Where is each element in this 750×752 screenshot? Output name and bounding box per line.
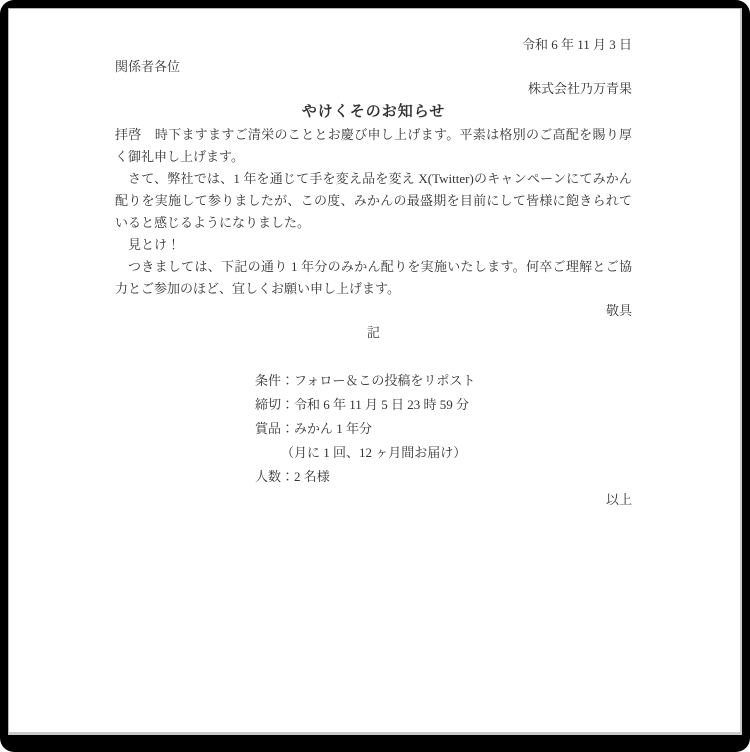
body-paragraph-announcement: つきましては、下記の通り 1 年分のみかん配りを実施いたします。何卒ご理解とご協…	[115, 256, 632, 300]
document-date: 令和 6 年 11 月 3 日	[115, 34, 632, 56]
detail-winner-count: 人数：2 名様	[255, 465, 632, 489]
closing-word: 敬具	[115, 300, 632, 322]
detail-condition: 条件：フォロー＆この投稿をリポスト	[255, 369, 632, 393]
exclamation-line: 見とけ！	[115, 234, 632, 256]
recipient-line: 関係者各位	[115, 56, 632, 78]
sender-company: 株式会社乃万青果	[115, 78, 632, 100]
detail-deadline: 締切：令和 6 年 11 月 5 日 23 時 59 分	[255, 393, 632, 417]
body-paragraph-campaign: さて、弊社では、1 年を通じて手を変え品を変え X(Twitter)のキャンペー…	[115, 168, 632, 234]
document-frame: 令和 6 年 11 月 3 日 関係者各位 株式会社乃万青果 やけくそのお知らせ…	[0, 0, 750, 752]
end-word: 以上	[115, 489, 632, 511]
detail-prize: 賞品：みかん 1 年分	[255, 417, 632, 441]
details-list: 条件：フォロー＆この投稿をリポスト 締切：令和 6 年 11 月 5 日 23 …	[255, 369, 632, 489]
detail-prize-note: （月に 1 回、12 ヶ月間お届け）	[255, 441, 632, 465]
greeting-paragraph: 拝啓 時下ますますご清栄のこととお慶び申し上げます。平素は格別のご高配を賜り厚く…	[115, 124, 632, 168]
letter-title: やけくそのお知らせ	[115, 100, 632, 124]
details-heading: 記	[115, 322, 632, 344]
letter-page: 令和 6 年 11 月 3 日 関係者各位 株式会社乃万青果 やけくそのお知らせ…	[8, 8, 742, 735]
letter-content: 令和 6 年 11 月 3 日 関係者各位 株式会社乃万青果 やけくそのお知らせ…	[9, 9, 740, 511]
